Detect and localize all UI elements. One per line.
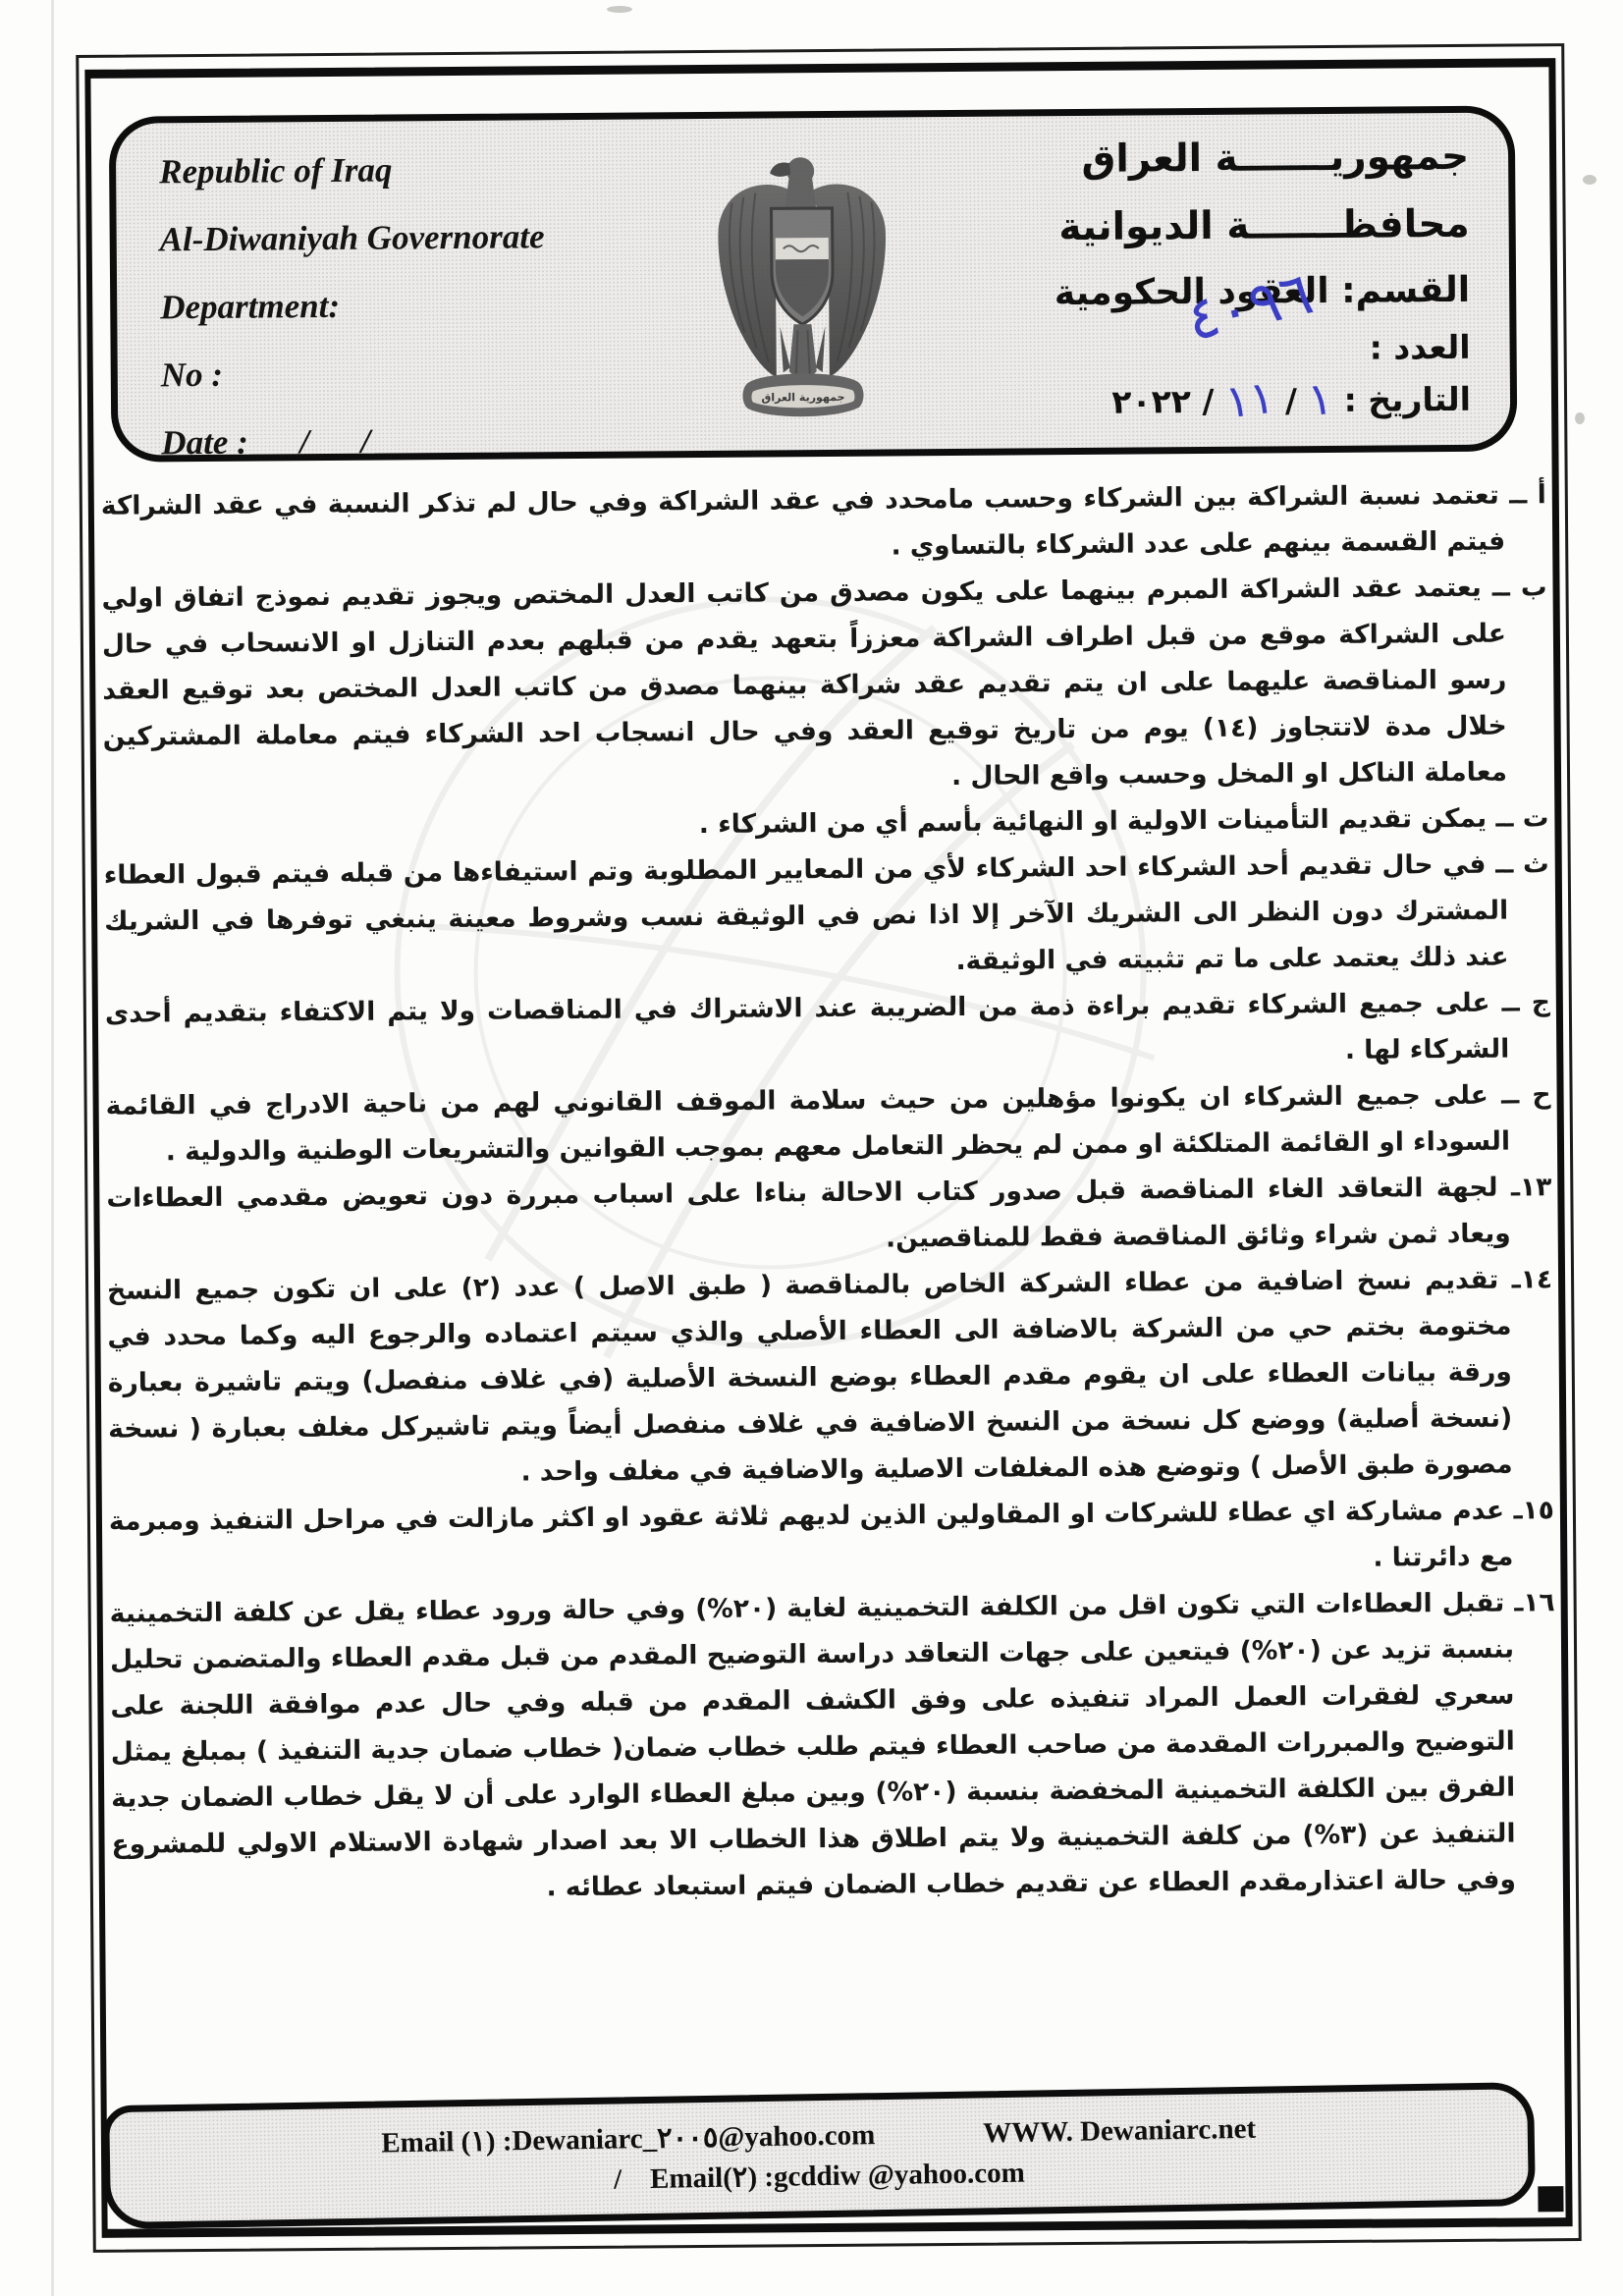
governorate-name-ar: محافظـــــــة الديوانية — [919, 202, 1469, 250]
emblem-scroll-text: جمهورية العراق — [761, 391, 844, 405]
letterhead-arabic: جمهوريـــــــة العراق محافظـــــــة الدي… — [919, 135, 1471, 422]
date-label-ar: التاريخ : — [1343, 380, 1471, 419]
document-sheet: Republic of Iraq Al-Diwaniyah Governorat… — [76, 43, 1582, 2253]
footer-website: WWW. Dewaniarc.net — [983, 2113, 1256, 2151]
scan-speck — [1575, 412, 1585, 424]
iraq-eagle-emblem: جمهورية العراق — [697, 142, 907, 439]
department-label-en: Department: — [160, 285, 545, 327]
document-date-line: التاريخ : ١ / ١١ / ٢٠٢٢ — [921, 380, 1471, 422]
clause: ١٦ـ تقبل العطاءات التي تكون اقل من الكلف… — [110, 1579, 1558, 1914]
clause: ١٤ـ تقديم نسخ اضافية من عطاء الشركة الخا… — [107, 1256, 1554, 1499]
footer-contact-bar: Email (١) :Dewaniarc_٢٠٠٥@yahoo.com WWW.… — [102, 2082, 1536, 2229]
date-separator: / — [1191, 382, 1225, 420]
governorate-name-en: Al-Diwaniyah Governorate — [160, 217, 545, 259]
clause: ح ــ على جميع الشركاء ان يكونوا مؤهلين م… — [105, 1071, 1551, 1175]
printed-year: ٢٠٢٢ — [1111, 382, 1191, 421]
date-label-en: Date : / / — [161, 420, 546, 463]
date-separator: / — [1273, 381, 1308, 419]
footer-email-1: Email (١) :Dewaniarc_٢٠٠٥@yahoo.com — [381, 2117, 876, 2159]
scan-corner-artifact — [1538, 2186, 1563, 2212]
scanned-document-page: Republic of Iraq Al-Diwaniyah Governorat… — [0, 0, 1623, 2296]
clause: ث ــ في حال تقديم أحد الشركاء احد الشركا… — [104, 841, 1550, 991]
footer-email-2: / Email(٢) :gcddiw @yahoo.com — [614, 2156, 1025, 2197]
footer-line-1: Email (١) :Dewaniarc_٢٠٠٥@yahoo.com WWW.… — [381, 2111, 1256, 2160]
document-body: أ ــ تعتمد نسبة الشراكة بين الشركاء وحسب… — [101, 471, 1559, 2105]
clause: ب ــ يعتمد عقد الشراكة المبرم بينهما على… — [101, 564, 1548, 806]
number-label-en: No : — [161, 353, 546, 395]
letterhead-english: Republic of Iraq Al-Diwaniyah Governorat… — [159, 149, 547, 491]
handwritten-day: ١ — [1308, 397, 1332, 400]
country-name-ar: جمهوريـــــــة العراق — [919, 135, 1469, 183]
clause: ج ــ على جميع الشركاء تقديم براءة ذمة من… — [105, 979, 1551, 1083]
scan-speck — [607, 6, 632, 13]
clause: ١٣ـ لجهة التعاقد الغاء المناقصة قبل صدور… — [106, 1164, 1552, 1268]
clause: أ ــ تعتمد نسبة الشراكة بين الشركاء وحسب… — [101, 471, 1547, 575]
letterhead: Republic of Iraq Al-Diwaniyah Governorat… — [109, 105, 1518, 462]
clause: ١٥ـ عدم مشاركة اي عطاء للشركات او المقاو… — [109, 1487, 1555, 1591]
country-name-en: Republic of Iraq — [159, 149, 544, 191]
document-number-line: العدد : ٤٠٩٦ — [920, 328, 1470, 370]
scan-speck — [1583, 175, 1596, 185]
scan-streak — [51, 0, 54, 2296]
handwritten-month: ١١ — [1225, 396, 1273, 402]
number-label-ar: العدد : — [1369, 328, 1470, 367]
